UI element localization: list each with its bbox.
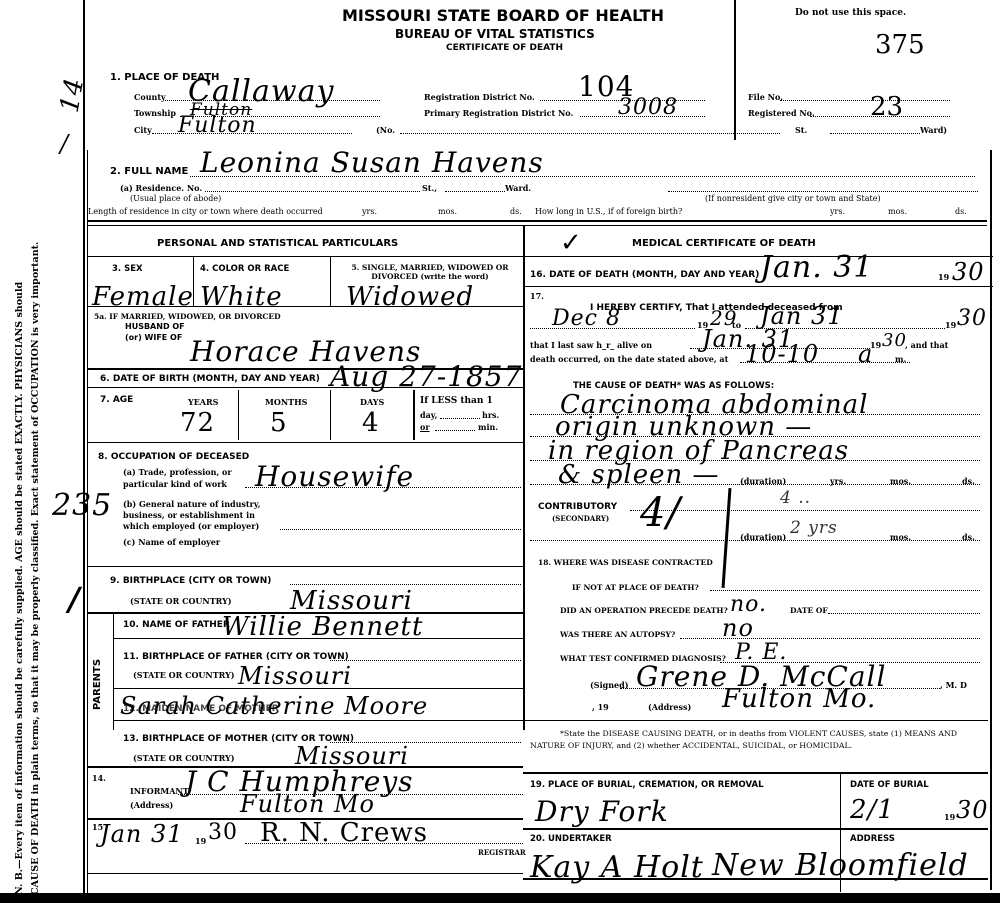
form-name: CERTIFICATE OF DEATH xyxy=(446,43,563,53)
parents-side-divider xyxy=(113,612,114,730)
contributory-label: CONTRIBUTORY xyxy=(538,502,617,512)
residence-ward-line xyxy=(445,191,505,192)
st-label: St. xyxy=(795,125,807,135)
length-residence-label: Length of residence in city or town wher… xyxy=(88,207,323,216)
dod-value: Jan. 31 xyxy=(760,250,873,285)
length-ds: ds. xyxy=(510,207,522,216)
registrar-name: R. N. Crews xyxy=(260,818,428,848)
father-bp-label: 11. BIRTHPLACE OF FATHER (CITY OR TOWN) xyxy=(123,652,349,662)
occ-b-label-3: which employed (or employer) xyxy=(123,521,259,531)
occupation-row-bottom xyxy=(87,566,523,567)
residence-line xyxy=(205,191,420,192)
undertaker-label: 20. UNDERTAKER xyxy=(530,834,612,844)
mother-bp-state-label: (STATE OR COUNTRY) xyxy=(133,753,235,763)
marital-label: 5. SINGLE, MARRIED, WIDOWED OR DIVORCED … xyxy=(340,263,520,281)
age-months-value: 5 xyxy=(270,408,288,438)
and-that-label: , and that xyxy=(905,340,948,350)
margin-note-2: CAUSE OF DEATH in plain terms, so that i… xyxy=(30,242,41,895)
residence-label: (a) Residence. No. xyxy=(120,183,202,193)
occ-b-line xyxy=(280,529,521,530)
sex-row-bottom xyxy=(87,306,523,307)
occupation-value: Housewife xyxy=(255,460,414,493)
less-min-line xyxy=(435,430,475,431)
duration-label-1: (duration) xyxy=(740,476,786,486)
dod-row-bottom xyxy=(523,286,993,287)
race-label: 4. COLOR OR RACE xyxy=(200,264,289,274)
occ-b-label-1: (b) General nature of industry, xyxy=(123,499,261,509)
spouse-label-1: 5a. IF MARRIED, WIDOWED, OR DIVORCED xyxy=(94,312,281,321)
medical-title-rule xyxy=(523,256,993,257)
item-17: 17. xyxy=(530,291,544,301)
contracted-label: 18. WHERE WAS DISEASE CONTRACTED xyxy=(538,558,713,567)
sex-label: 3. SEX xyxy=(112,264,143,274)
form-right-border xyxy=(990,150,992,890)
footnote-row-bottom xyxy=(523,772,988,774)
father-bp-value: Missouri xyxy=(238,662,352,690)
burial-date-label: DATE OF BURIAL xyxy=(850,780,929,790)
last-saw-label: that I last saw h_r_ alive on xyxy=(530,340,652,350)
personal-section-title: PERSONAL AND STATISTICAL PARTICULARS xyxy=(157,238,398,249)
time-value: 10-10 xyxy=(745,340,819,368)
age-years-value: 72 xyxy=(180,408,215,438)
file-no-label: File No. xyxy=(748,92,783,102)
city-label: City xyxy=(134,125,152,135)
margin-mark-1: / xyxy=(68,580,81,618)
burial-year-prefix: 19 xyxy=(944,812,955,822)
burial-place-label: 19. PLACE OF BURIAL, CREMATION, OR REMOV… xyxy=(530,780,764,790)
margin-border xyxy=(83,0,85,893)
nonresident-note: (If nonresident give city or town and St… xyxy=(705,194,881,203)
scan-bottom-edge xyxy=(0,893,1000,903)
reg-district-label: Registration District No. xyxy=(424,92,535,102)
occ-b-label-2: business, or establishment in xyxy=(123,510,255,520)
burial-place-value: Dry Fork xyxy=(535,795,669,828)
not-at-place-label: IF NOT AT PLACE OF DEATH? xyxy=(572,583,699,592)
father-bp-city-line xyxy=(330,660,521,661)
burial-year: 30 xyxy=(956,796,989,824)
dod-year-prefix: 19 xyxy=(938,272,949,282)
less-than-label: If LESS than 1 xyxy=(420,396,493,406)
burial-row-bottom xyxy=(523,828,988,830)
residence-ward: Ward. xyxy=(505,183,531,193)
marital-value: Widowed xyxy=(346,282,474,312)
registered-no-value: 23 xyxy=(870,92,903,122)
vertical-scrawl-stroke xyxy=(722,488,732,588)
contrib-duration-2: 2 yrs xyxy=(790,518,838,538)
city-value: Fulton xyxy=(178,113,257,138)
md-label: , M. D xyxy=(940,680,967,690)
age-days-value: 4 xyxy=(362,408,380,438)
informant-address-label: (Address) xyxy=(130,800,173,810)
dob-value: Aug 27-1857 xyxy=(330,360,522,393)
primary-reg-label: Primary Registration District No. xyxy=(424,108,573,118)
spouse-label-3: (or) WIFE OF xyxy=(125,333,182,342)
last-saw-year: 30 xyxy=(882,330,907,351)
age-days-divider xyxy=(413,390,415,440)
how-long-label: How long in U.S., if of foreign birth? xyxy=(535,207,682,216)
mother-value: Sarah Catherine Moore xyxy=(120,692,428,720)
attended-to-year-prefix: 19 xyxy=(945,320,956,330)
father-bp-state-label: (STATE OR COUNTRY) xyxy=(133,670,235,680)
footnote: *State the DISEASE CAUSING DEATH, or in … xyxy=(530,728,970,752)
duration-mos-1: mos. xyxy=(890,476,911,486)
attended-to-year: 30 xyxy=(957,306,987,331)
mother-row-bottom xyxy=(113,720,523,721)
personal-title-rule xyxy=(87,256,523,257)
filing-year-prefix: 19 xyxy=(195,836,206,846)
occurred-label: death occurred, on the date stated above… xyxy=(530,354,728,364)
ampm-value: a xyxy=(858,340,873,368)
less-or-label: or xyxy=(420,422,430,432)
primary-reg-value: 3008 xyxy=(618,95,678,120)
header-title: MISSOURI STATE BOARD OF HEALTH xyxy=(342,6,664,25)
age-label: 7. AGE xyxy=(100,395,133,405)
margin-mark-235: 235 xyxy=(52,488,112,523)
stamp-number: 375 xyxy=(875,30,925,60)
less-min-label: min. xyxy=(478,422,498,432)
margin-mark-2: / xyxy=(60,130,69,158)
physician-address: Fulton Mo. xyxy=(722,684,876,714)
race-marital-divider xyxy=(330,256,331,306)
township-label: Township xyxy=(134,108,176,118)
dod-label: 16. DATE OF DEATH (MONTH, DAY AND YEAR) xyxy=(530,270,759,280)
autopsy-value: no xyxy=(722,614,754,642)
length-mos: mos. xyxy=(438,207,457,216)
street-line xyxy=(400,133,780,134)
autopsy-label: WAS THERE AN AUTOPSY? xyxy=(560,630,675,639)
birthplace-label: 9. BIRTHPLACE (CITY OR TOWN) xyxy=(110,576,271,586)
do-not-use-divider xyxy=(734,0,736,140)
contrib-duration-1: 4 .. xyxy=(780,488,811,508)
occ-a-label-2: particular kind of work xyxy=(123,479,227,489)
birthplace-state-label: (STATE OR COUNTRY) xyxy=(130,596,232,606)
margin-note-1: N. B.—Every item of information should b… xyxy=(14,282,25,895)
date-of-label: DATE OF xyxy=(790,606,828,615)
months-label: MONTHS xyxy=(265,397,307,407)
file-no-line xyxy=(780,100,950,101)
duration-yrs-1: yrs. xyxy=(830,476,846,486)
days-label: DAYS xyxy=(360,397,384,407)
do-not-use-label: Do not use this space. xyxy=(795,8,906,18)
filed-date: Jan 31 xyxy=(100,820,184,848)
ward-line xyxy=(830,133,920,134)
less-hrs-label: hrs. xyxy=(482,410,499,420)
dob-label: 6. DATE OF BIRTH (MONTH, DAY AND YEAR) xyxy=(100,374,320,384)
medical-section-title: MEDICAL CERTIFICATE OF DEATH xyxy=(632,238,816,249)
duration-mos-2: mos. xyxy=(890,532,911,542)
filing-row-bottom xyxy=(87,873,523,874)
birthplace-city-line xyxy=(290,584,521,585)
informant-address: Fulton Mo xyxy=(240,790,375,818)
years-label: YEARS xyxy=(188,397,218,407)
duration-label-2: (duration) xyxy=(740,532,786,542)
occ-c-label: (c) Name of employer xyxy=(123,537,220,547)
dod-year: 30 xyxy=(952,258,985,286)
residence-st: St., xyxy=(422,183,437,193)
age-row-bottom xyxy=(87,442,523,443)
full-name-value: Leonina Susan Havens xyxy=(200,146,544,179)
not-at-place-line xyxy=(710,590,980,591)
filing-year: 30 xyxy=(208,820,238,845)
age-months-divider xyxy=(330,390,331,440)
parents-side-label: PARENTS xyxy=(92,659,103,710)
age-years-divider xyxy=(238,390,239,440)
county-label: County xyxy=(134,92,166,102)
check-mark-icon: ✓ xyxy=(560,228,583,258)
less-day-label: day, xyxy=(420,410,437,420)
undertaker-address-label: ADDRESS xyxy=(850,834,895,844)
no-label: (No. xyxy=(376,125,395,135)
father-row-bottom xyxy=(113,638,523,639)
registered-no-label: Registered No. xyxy=(748,108,815,118)
informant-number: 14. xyxy=(92,773,106,783)
father-bp-row-bottom xyxy=(113,688,523,689)
date-of-line xyxy=(828,613,980,614)
dob-row-bottom xyxy=(87,387,523,388)
ward-label: Ward) xyxy=(920,125,947,135)
nonresident-line xyxy=(668,191,978,192)
how-long-ds: ds. xyxy=(955,207,967,216)
how-long-mos: mos. xyxy=(888,207,907,216)
occ-a-label-1: (a) Trade, profession, or xyxy=(123,467,232,477)
contributory-line xyxy=(630,510,980,511)
name-section-bottom-2 xyxy=(87,225,987,226)
physician-address-label: (Address) xyxy=(648,702,691,712)
burial-date-value: 2/1 xyxy=(850,795,895,825)
sign-year-label: , 19 xyxy=(592,702,609,712)
header-subtitle: BUREAU OF VITAL STATISTICS xyxy=(395,27,595,41)
undertaker-row-bottom xyxy=(523,878,988,880)
father-label: 10. NAME OF FATHER xyxy=(123,620,230,630)
registrar-label: REGISTRAR xyxy=(478,848,526,857)
center-divider xyxy=(523,225,525,730)
sex-value: Female xyxy=(92,282,194,312)
operation-label: DID AN OPERATION PRECEDE DEATH? xyxy=(560,606,728,615)
attended-from: Dec 8 xyxy=(552,306,621,331)
physician-row-bottom xyxy=(523,720,988,721)
full-name-label: 2. FULL NAME xyxy=(110,166,188,177)
cause-line-4: & spleen — xyxy=(558,460,720,490)
less-hrs-line xyxy=(440,418,480,419)
usual-place-label: (Usual place of abode) xyxy=(130,194,221,203)
length-yrs: yrs. xyxy=(362,207,377,216)
race-value: White xyxy=(200,282,283,312)
contributory-scrawl: 4/ xyxy=(640,490,681,536)
m-label: m. xyxy=(895,354,906,364)
margin-mark-14: 14 xyxy=(55,75,91,115)
duration-ds-1: ds. xyxy=(962,476,975,486)
duration-ds-2: ds. xyxy=(962,532,975,542)
how-long-yrs: yrs. xyxy=(830,207,845,216)
secondary-label: (SECONDARY) xyxy=(552,514,609,523)
occupation-label: 8. OCCUPATION OF DECEASED xyxy=(98,452,249,462)
spouse-label-2: HUSBAND OF xyxy=(125,322,185,331)
name-section-bottom xyxy=(87,220,987,222)
